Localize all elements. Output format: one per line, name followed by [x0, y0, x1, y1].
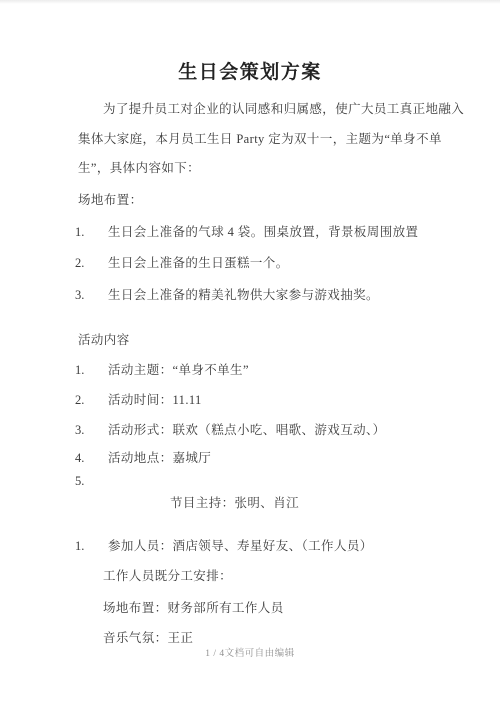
list-text: 参加人员：酒店领导、寿星好友、（工作人员） [108, 539, 373, 553]
section-heading-venue: 场地布置： [78, 190, 143, 208]
host-line: 节目主持：张明、肖江 [170, 493, 299, 511]
list-number: 2. [75, 393, 108, 408]
section-heading-activity: 活动内容 [78, 330, 130, 348]
staff-line: 工作人员既分工安排： [103, 566, 232, 584]
list-item: 2.活动时间：11.11 [75, 390, 202, 408]
intro-line: 生”，具体内容如下： [78, 158, 200, 176]
list-item: 3.活动形式：联欢（糕点小吃、唱歌、游戏互动、） [75, 420, 386, 438]
list-number: 4. [75, 451, 108, 466]
list-item: 3.生日会上准备的精美礼物供大家参与游戏抽奖。 [75, 285, 379, 303]
list-text: 生日会上准备的生日蛋糕一个。 [108, 256, 289, 270]
list-number: 3. [75, 288, 108, 303]
list-item: 1.活动主题：“单身不单生” [75, 360, 249, 378]
scan-edge [0, 0, 500, 4]
list-number: 1. [75, 363, 108, 378]
document-page: 生日会策划方案 为了提升员工对企业的认同感和归属感，使广大员工真正地融入 集体大… [0, 0, 500, 708]
list-number: 5. [75, 474, 108, 489]
intro-line: 集体大家庭，本月员工生日 Party 定为双十一，主题为“单身不单 [78, 129, 418, 147]
list-number: 2. [75, 256, 108, 271]
list-number: 1. [75, 539, 108, 554]
list-number: 1. [75, 225, 108, 240]
staff-line: 场地布置：财务部所有工作人员 [103, 598, 284, 616]
list-text: 活动主题：“单身不单生” [108, 363, 249, 377]
list-item: 1.参加人员：酒店领导、寿星好友、（工作人员） [75, 536, 373, 554]
list-text: 活动形式：联欢（糕点小吃、唱歌、游戏互动、） [108, 423, 386, 437]
list-text: 活动时间：11.11 [108, 393, 202, 407]
intro-line: 为了提升员工对企业的认同感和归属感，使广大员工真正地融入 [78, 99, 418, 117]
list-item: 5. [75, 474, 108, 489]
list-text: 生日会上准备的气球 4 袋。围桌放置，背景板周围放置 [108, 225, 418, 239]
list-item: 4.活动地点：嘉城厅 [75, 448, 211, 466]
list-item: 2.生日会上准备的生日蛋糕一个。 [75, 253, 289, 271]
list-text: 生日会上准备的精美礼物供大家参与游戏抽奖。 [108, 288, 379, 302]
page-footer: 1 / 4文档可自由编辑 [0, 645, 500, 659]
staff-line: 音乐气氛：王正 [103, 628, 193, 646]
list-item: 1.生日会上准备的气球 4 袋。围桌放置，背景板周围放置 [75, 222, 418, 240]
document-title: 生日会策划方案 [0, 57, 500, 84]
list-number: 3. [75, 423, 108, 438]
list-text: 活动地点：嘉城厅 [108, 451, 211, 465]
